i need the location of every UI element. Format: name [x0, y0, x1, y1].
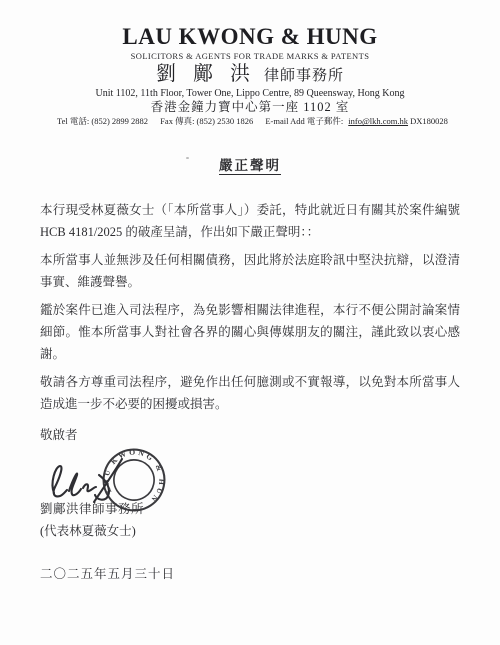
firm-tagline: SOLICITORS & AGENTS FOR TRADE MARKS & PA…	[0, 52, 500, 61]
fax-number: Fax 傳真: (852) 2530 1826	[160, 116, 253, 126]
signature-area: LAU KWONG & HUNG	[40, 452, 460, 498]
paragraph-4: 敬請各方尊重司法程序，避免作出任何臆測或不實報導，以免對本所當事人造成進一步不必…	[40, 371, 460, 415]
scanned-letter-page: LAU KWONG & HUNG SOLICITORS & AGENTS FOR…	[0, 0, 500, 645]
dx-number: DX180028	[410, 116, 448, 126]
letterhead: LAU KWONG & HUNG SOLICITORS & AGENTS FOR…	[0, 0, 500, 127]
letter-title: 嚴正聲明	[219, 158, 281, 175]
scan-artifact-dot	[186, 157, 189, 159]
paragraph-2: 本所當事人並無涉及任何相關債務，因此將於法庭聆訊中堅決抗辯，以澄清事實、維護聲譽…	[40, 249, 460, 293]
closing-salutation: 敬啟者	[40, 424, 460, 446]
email-label: E-mail Add 電子郵件:	[265, 116, 343, 126]
paragraph-3: 鑑於案件已進入司法程序，為免影響相關法律進程，本行不便公開討論案情細節。惟本所當…	[40, 299, 460, 365]
handwritten-signature	[46, 457, 132, 505]
letter-body: 本行現受林夏薇女士（「本所當事人」）委託，特此就近日有關其於案件編號 HCB 4…	[0, 199, 500, 585]
tel-number: Tel 電話: (852) 2899 2882	[57, 116, 148, 126]
on-behalf-of-line: (代表林夏薇女士)	[40, 520, 460, 542]
address-chinese: 香港金鐘力寶中心第一座 1102 室	[0, 101, 500, 115]
email-address: info@lkh.com.hk	[348, 116, 408, 126]
firm-name-chinese: 劉 鄺 洪 律師事務所	[0, 63, 500, 85]
firm-name-english: LAU KWONG & HUNG	[0, 24, 500, 49]
contact-line: Tel 電話: (852) 2899 2882 Fax 傳真: (852) 25…	[0, 117, 500, 126]
paragraph-1: 本行現受林夏薇女士（「本所當事人」）委託，特此就近日有關其於案件編號 HCB 4…	[40, 199, 460, 243]
firm-name-chinese-characters: 劉 鄺 洪	[156, 63, 256, 85]
letter-date: 二〇二五年五月三十日	[40, 563, 460, 585]
letter-title-row: 嚴正聲明	[0, 154, 500, 175]
firm-suffix-chinese: 律師事務所	[264, 68, 344, 84]
address-english: Unit 1102, 11th Floor, Tower One, Lippo …	[0, 88, 500, 99]
